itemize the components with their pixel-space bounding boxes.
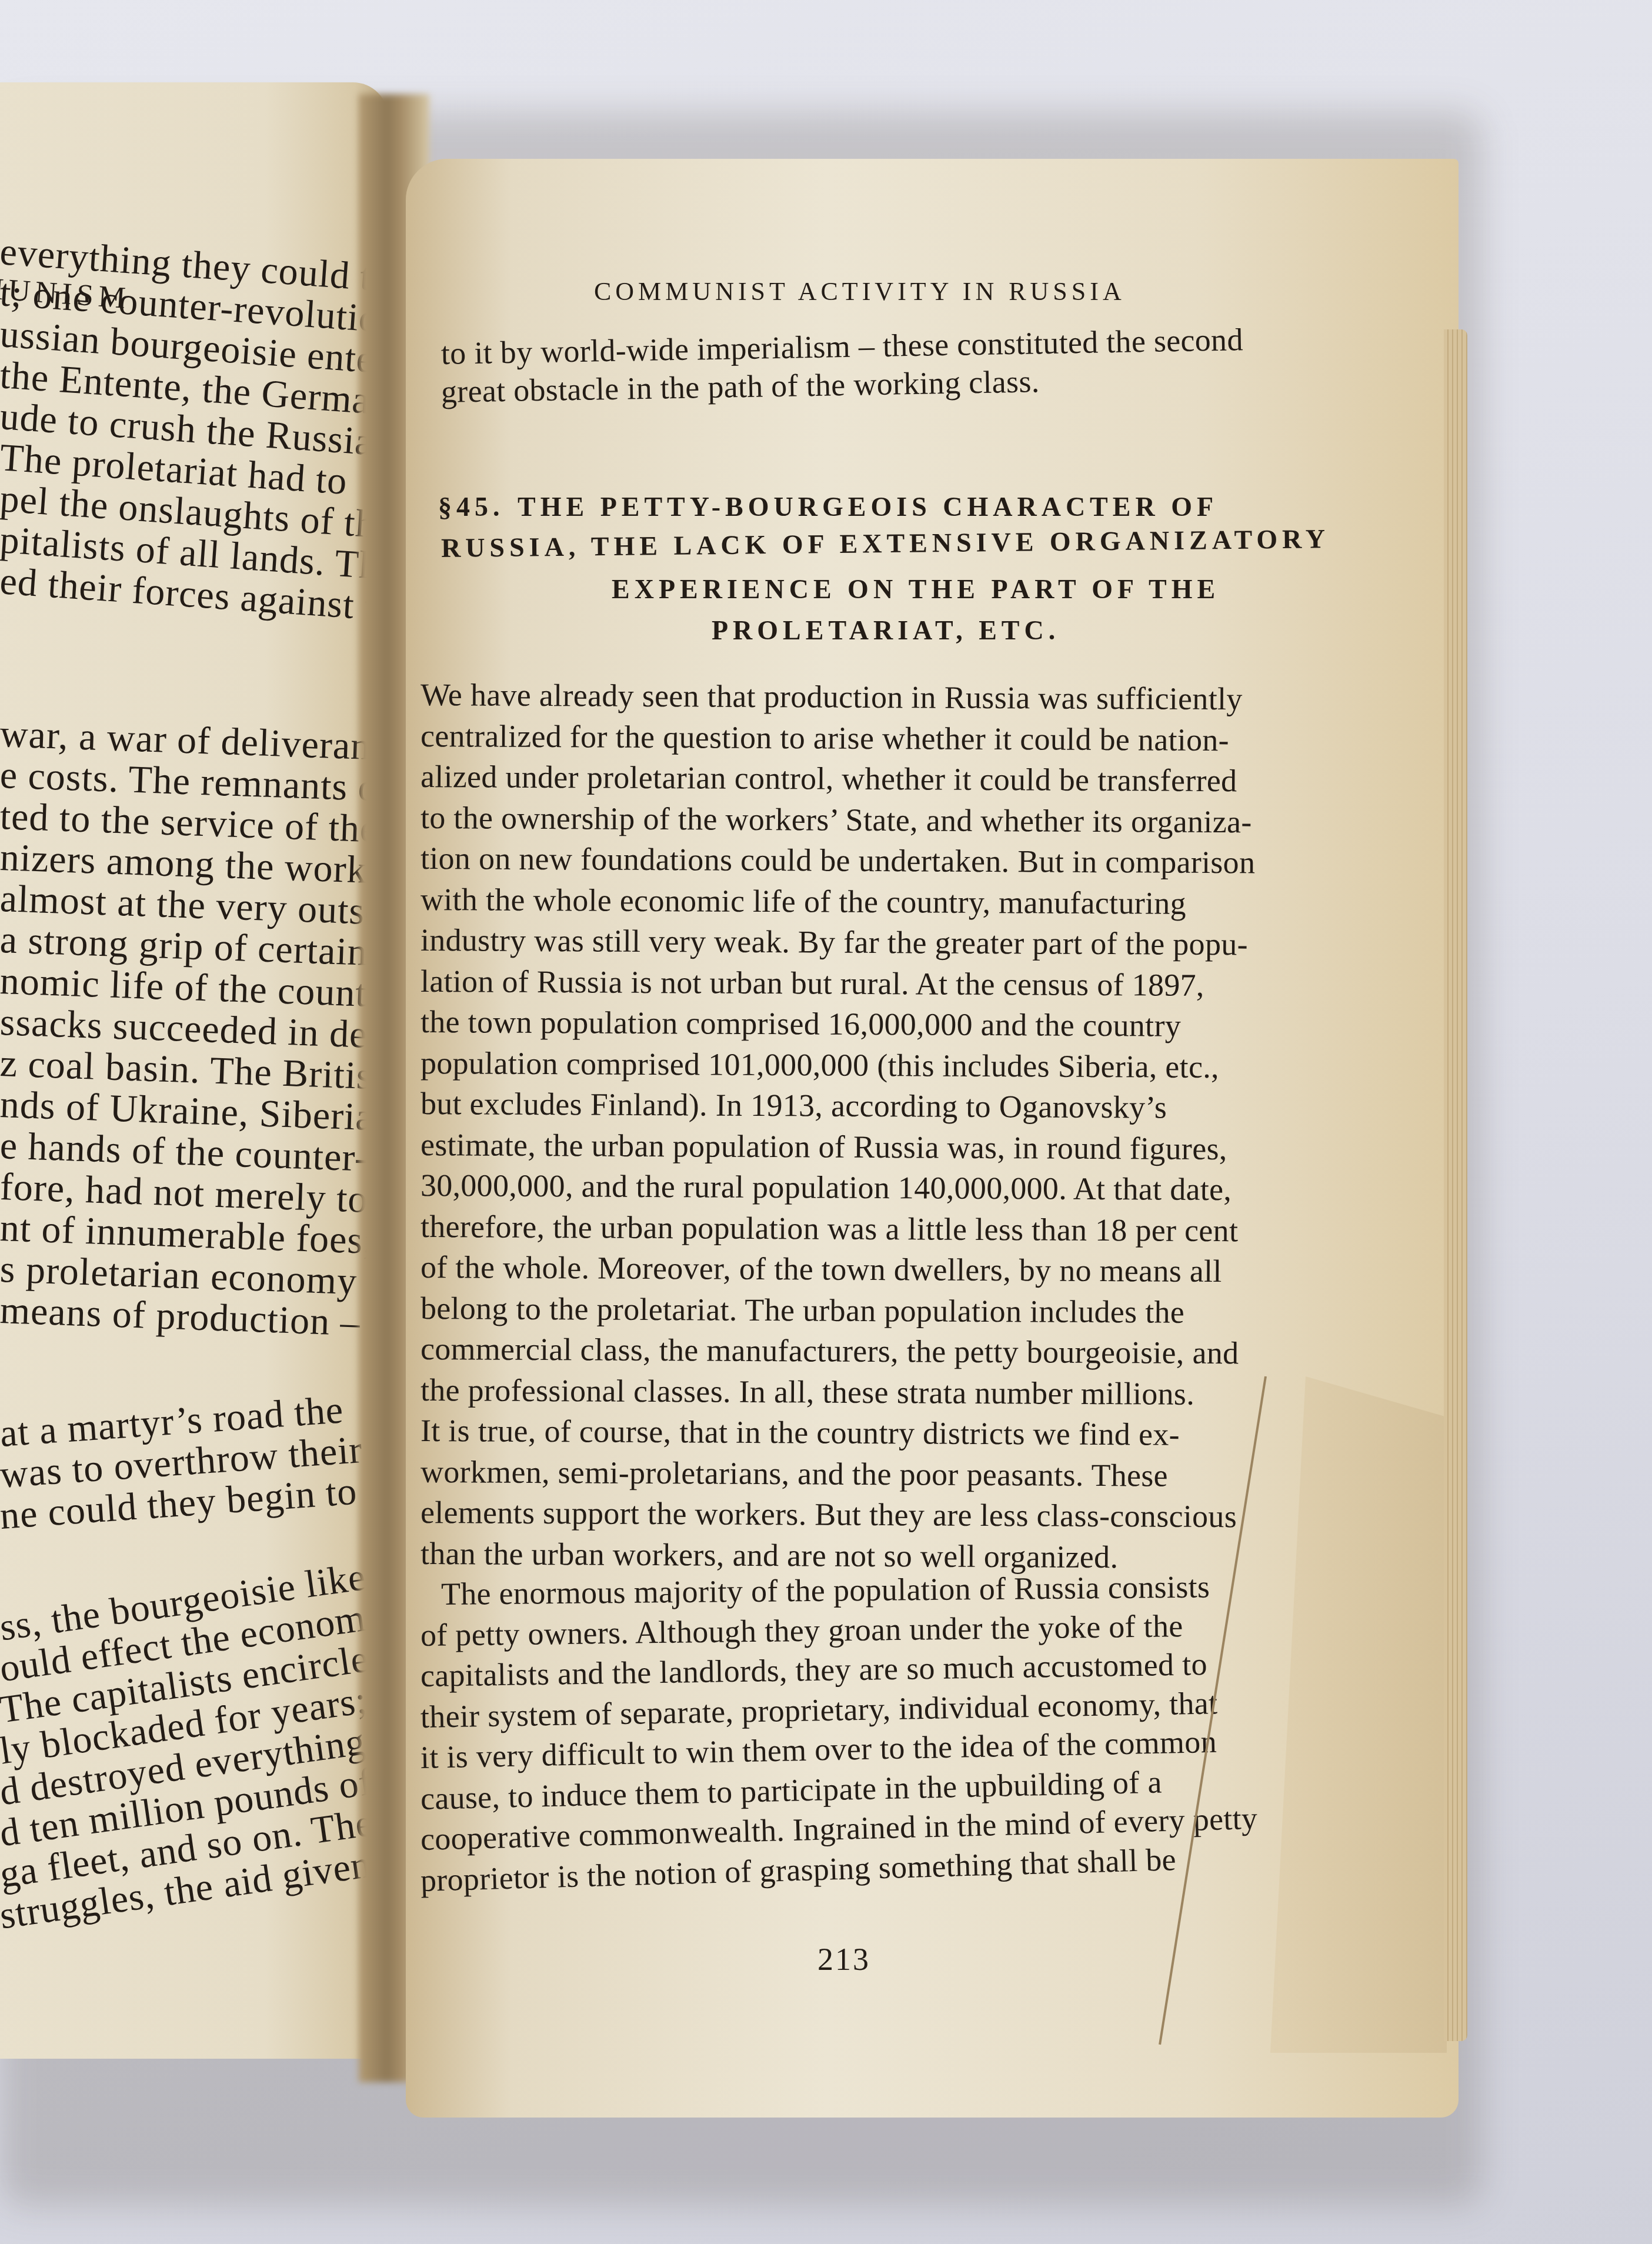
left-page: MUNISM everything they could tot; one co… bbox=[0, 82, 388, 2059]
text-line: We have already seen that production in … bbox=[420, 676, 1243, 717]
text-line: It is true, of course, that in the count… bbox=[420, 1412, 1180, 1453]
text-line: elements support the workers. But they a… bbox=[420, 1494, 1237, 1535]
folded-page-corner bbox=[1270, 1376, 1447, 2053]
text-line: with the whole economic life of the coun… bbox=[420, 881, 1186, 922]
right-page: COMMUNIST ACTIVITY IN RUSSIA to it by wo… bbox=[406, 159, 1459, 2118]
text-line: but excludes Finland). In 1913, accordin… bbox=[420, 1085, 1167, 1126]
text-line: therefore, the urban population was a li… bbox=[420, 1208, 1239, 1249]
text-line: to it by world-wide imperialism – these … bbox=[440, 321, 1243, 372]
section-title-line: EXPERIENCE ON THE PART OF THE bbox=[612, 573, 1220, 605]
text-line: than the urban workers, and are not so w… bbox=[420, 1535, 1119, 1575]
text-line: commercial class, the manufacturers, the… bbox=[420, 1331, 1239, 1371]
section-number: §45. bbox=[438, 491, 505, 522]
text-line: workmen, semi-proletarians, and the poor… bbox=[420, 1453, 1168, 1494]
text-line: 30,000,000, and the rural population 140… bbox=[420, 1167, 1232, 1208]
text-line: belong to the proletariat. The urban pop… bbox=[420, 1290, 1184, 1331]
text-line: of the whole. Moreover, of the town dwel… bbox=[420, 1249, 1222, 1289]
text-line: of petty owners. Although they groan und… bbox=[420, 1608, 1183, 1653]
text-line: to the ownership of the workers’ State, … bbox=[420, 799, 1252, 840]
text-line: alized under proletarian control, whethe… bbox=[420, 758, 1237, 799]
section-title-line: RUSSIA, THE LACK OF EXTENSIVE ORGANIZATO… bbox=[441, 523, 1330, 563]
page-edge-stack bbox=[1444, 329, 1467, 2041]
text-line: the town population comprised 16,000,000… bbox=[420, 1003, 1181, 1044]
page-number: 213 bbox=[817, 1941, 870, 1978]
section-title-line: THE PETTY-BOURGEOIS CHARACTER OF bbox=[518, 491, 1218, 522]
text-line: industry was still very weak. By far the… bbox=[420, 922, 1248, 962]
section-title-line: PROLETARIAT, ETC. bbox=[712, 615, 1060, 646]
text-line: estimate, the urban population of Russia… bbox=[420, 1126, 1227, 1167]
right-running-head: COMMUNIST ACTIVITY IN RUSSIA bbox=[594, 276, 1126, 306]
text-line: the professional classes. In all, these … bbox=[420, 1372, 1194, 1412]
text-line: population comprised 101,000,000 (this i… bbox=[420, 1045, 1219, 1085]
text-line: The enormous majority of the population … bbox=[441, 1568, 1210, 1612]
text-line: centralized for the question to arise wh… bbox=[420, 718, 1229, 758]
text-line: tion on new foundations could be underta… bbox=[420, 840, 1256, 881]
text-line: lation of Russia is not urban but rural.… bbox=[420, 963, 1204, 1003]
